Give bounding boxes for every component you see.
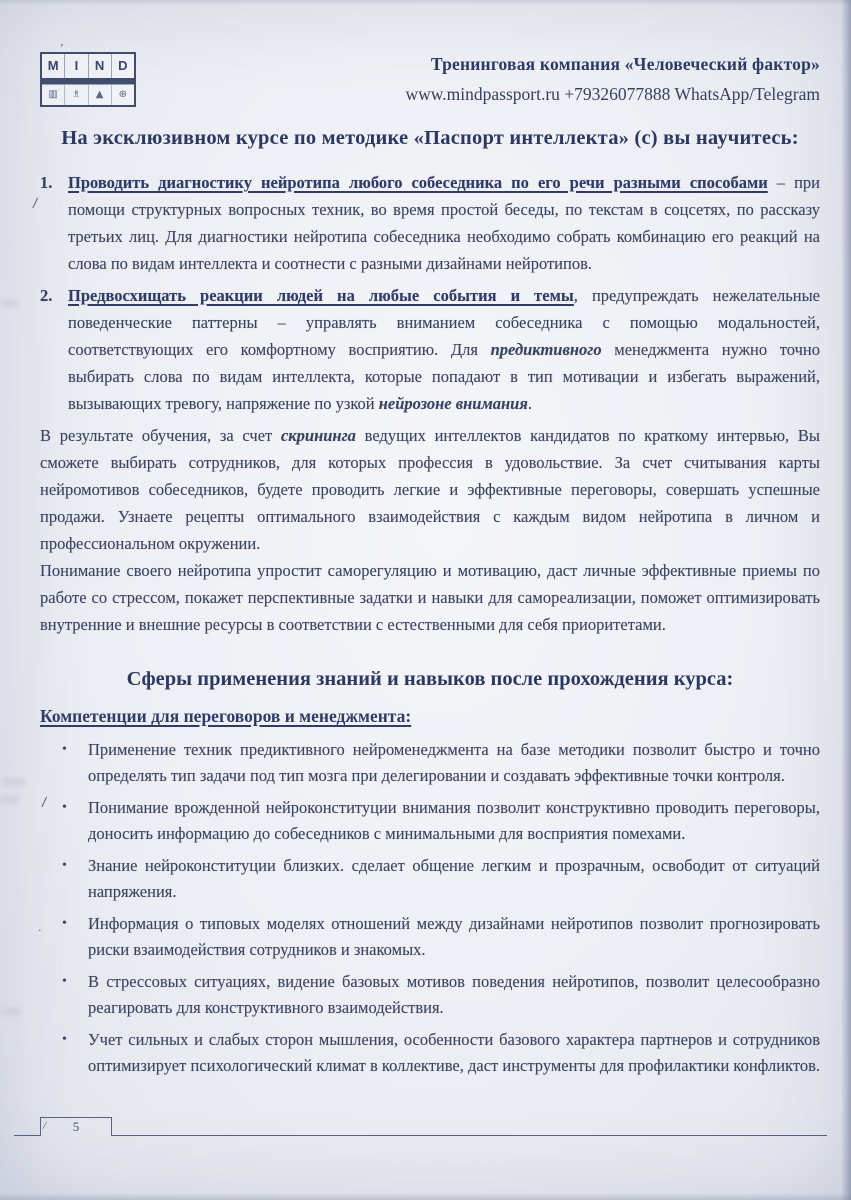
globe-icon: ⊕ xyxy=(112,85,134,105)
document-header: M I N D ▥ ♗ ▲ ⊕ Тренинговая компания «Че… xyxy=(40,52,820,107)
bullet-icon: • xyxy=(62,853,88,905)
contact-line: www.mindpassport.ru +79326077888 WhatsAp… xyxy=(136,84,820,105)
triangle-icon: ▲ xyxy=(89,85,112,105)
emphasized-term: предиктивного xyxy=(491,340,602,359)
logo-letter: I xyxy=(65,54,88,78)
page-number-tab: / 5 xyxy=(40,1117,112,1136)
scan-edge-bottom xyxy=(0,1193,851,1200)
item-text: Проводить диагностику нейротипа любого с… xyxy=(68,169,820,277)
bullet-icon: • xyxy=(62,737,88,789)
section-subheading: Компетенции для переговоров и менеджмент… xyxy=(40,706,820,727)
bullet-text: Применение техник предиктивного нейромен… xyxy=(88,737,820,789)
footer-rule xyxy=(112,1135,827,1136)
paragraph-text: В результате обучения, за счет xyxy=(40,426,281,445)
bullet-text: Понимание врожденной нейроконституции вн… xyxy=(88,795,820,847)
logo-letter: N xyxy=(89,54,112,78)
company-name: Тренинговая компания «Человеческий факто… xyxy=(136,54,820,75)
list-item: • Применение техник предиктивного нейром… xyxy=(62,737,820,789)
header-text-block: Тренинговая компания «Человеческий факто… xyxy=(136,52,820,105)
list-item: • Учет сильных и слабых сторон мышления,… xyxy=(62,1027,820,1079)
page-number: 5 xyxy=(73,1119,80,1134)
list-item: • В стрессовых ситуациях, видение базовы… xyxy=(62,969,820,1021)
document-content: M I N D ▥ ♗ ▲ ⊕ Тренинговая компания «Че… xyxy=(0,0,851,1079)
pen-slash-mark: / xyxy=(42,1120,47,1132)
item-text: Предвосхищать реакции людей на любые соб… xyxy=(68,282,820,417)
footer-rule xyxy=(14,1135,40,1136)
mind-logo-icons: ▥ ♗ ▲ ⊕ xyxy=(42,84,134,105)
list-item: 1. Проводить диагностику нейротипа любог… xyxy=(40,169,820,277)
bullet-text: Знание нейроконституции близких. сделает… xyxy=(88,853,820,905)
paragraph-text: ведущих интеллектов кандидатов по кратко… xyxy=(40,426,820,553)
logo-letter: M xyxy=(42,54,65,78)
bullet-icon: • xyxy=(62,969,88,1021)
item-lead-text: Предвосхищать реакции людей на любые соб… xyxy=(68,286,574,305)
mind-logo: M I N D ▥ ♗ ▲ ⊕ xyxy=(40,52,136,107)
section-heading: Сферы применения знаний и навыков после … xyxy=(40,668,820,691)
emphasized-term: нейрозоне внимания xyxy=(379,394,528,413)
item-lead-text: Проводить диагностику нейротипа любого с… xyxy=(68,173,768,192)
emphasized-term: скрининга xyxy=(281,426,356,445)
page-title: На эксклюзивном курсе по методике «Паспо… xyxy=(40,127,820,150)
scanned-document-page: ʼ / / . M I N D ▥ ♗ ▲ ⊕ xyxy=(0,0,851,1200)
item-number: 1. xyxy=(40,169,68,277)
panel-icon: ▥ xyxy=(42,85,65,105)
paragraph: Понимание своего нейротипа упростит само… xyxy=(40,557,820,638)
list-item: 2. Предвосхищать реакции людей на любые … xyxy=(40,282,820,417)
item-number: 2. xyxy=(40,282,68,417)
bullet-text: В стрессовых ситуациях, видение базовых … xyxy=(88,969,820,1021)
list-item: • Информация о типовых моделях отношений… xyxy=(62,911,820,963)
bullet-icon: • xyxy=(62,795,88,847)
bullet-list: • Применение техник предиктивного нейром… xyxy=(40,737,820,1079)
logo-letter: D xyxy=(112,54,134,78)
list-item: • Знание нейроконституции близких. сдела… xyxy=(62,853,820,905)
bullet-text: Информация о типовых моделях отношений м… xyxy=(88,911,820,963)
mind-logo-letters: M I N D xyxy=(42,54,134,78)
numbered-list: 1. Проводить диагностику нейротипа любог… xyxy=(40,169,820,417)
bullet-icon: • xyxy=(62,1027,88,1079)
item-rest-text: . xyxy=(528,394,532,413)
paragraph: В результате обучения, за счет скрининга… xyxy=(40,422,820,557)
bullet-text: Учет сильных и слабых сторон мышления, о… xyxy=(88,1027,820,1079)
chess-piece-icon: ♗ xyxy=(65,85,88,105)
list-item: • Понимание врожденной нейроконституции … xyxy=(62,795,820,847)
bullet-icon: • xyxy=(62,911,88,963)
